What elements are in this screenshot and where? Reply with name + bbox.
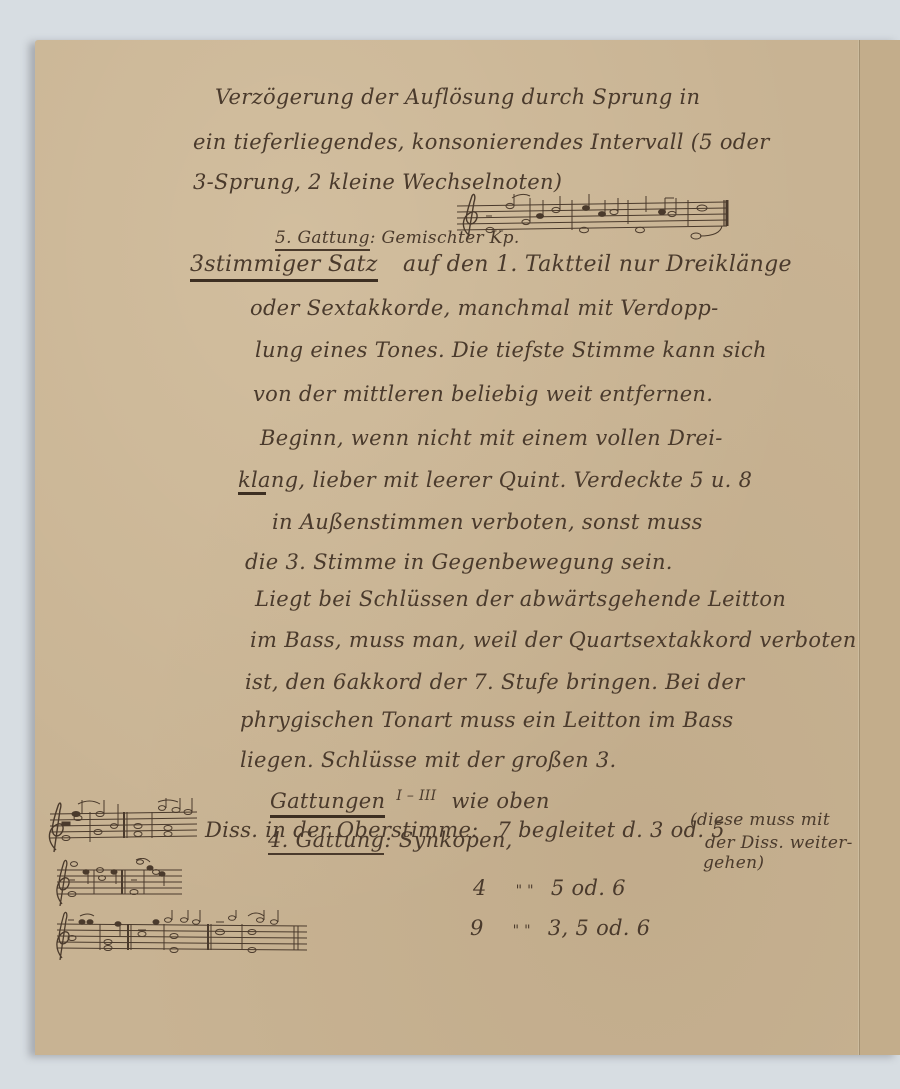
struck-out-word (238, 492, 266, 495)
row-9-number: 9 (470, 916, 484, 940)
music-example-9-3-5-6 (52, 910, 312, 960)
text-line: in Außenstimmen verboten, sonst muss (272, 510, 703, 534)
text-line: Beginn, wenn nicht mit einem vollen Drei… (260, 426, 723, 450)
music-example-4-5-6 (52, 858, 192, 906)
row-4-number: 4 (473, 876, 487, 900)
section-heading-line: 3stimmiger Satz auf den 1. Taktteil nur … (190, 252, 792, 277)
gattung-5-text: : Gemischter Kp. (370, 228, 520, 248)
text-line: die 3. Stimme in Gegenbewegung sein. (245, 550, 673, 574)
row-7-note: der Diss. weiter- (705, 833, 853, 853)
gattung-5-label: 5. Gattung: Gemischter Kp. (275, 228, 520, 248)
text-line: oder Sextakkorde, manchmal mit Verdopp- (250, 296, 718, 320)
gattungen-line: Gattungen I – III wie oben (270, 788, 550, 813)
row-7-note: gehen) (703, 853, 764, 873)
text-line: lung eines Tones. Die tiefste Stimme kan… (255, 338, 767, 362)
dissonance-label: Diss. in der Oberstimme: (205, 818, 479, 842)
text-line: Liegt bei Schlüssen der abwärtsgehende L… (255, 587, 786, 611)
text-line: von der mittleren beliebig weit entferne… (253, 382, 713, 406)
row-4-value: 5 od. 6 (551, 876, 626, 900)
gattungen-heading: Gattungen (270, 789, 385, 818)
row-4-ditto: " " (516, 883, 534, 899)
text-line: auf den 1. Taktteil nur Dreiklänge (403, 252, 792, 277)
gattungen-range: I – III (396, 788, 436, 804)
text-line: im Bass, muss man, weil der Quartsextakk… (250, 628, 857, 652)
gattung-5-heading: 5. Gattung (275, 228, 370, 251)
gattungen-text: wie oben (451, 789, 549, 813)
text-line: Verzögerung der Auflösung durch Sprung i… (215, 85, 700, 109)
row-4: 4 " " 5 od. 6 (473, 876, 626, 900)
section-heading: 3stimmiger Satz (190, 252, 378, 282)
row-9-ditto: " " (513, 923, 531, 939)
dissonance-line: Diss. in der Oberstimme: 7 begleitet d. … (205, 818, 725, 842)
adjacent-page-edge (860, 40, 900, 1055)
text-line: ist, den 6akkord der 7. Stufe bringen. B… (245, 670, 744, 694)
row-9: 9 " " 3, 5 od. 6 (470, 916, 650, 940)
text-line: ein tieferliegendes, konsonierendes Inte… (193, 130, 770, 154)
text-line: klang, lieber mit leerer Quint. Verdeckt… (238, 468, 752, 492)
text-line: phrygischen Tonart muss ein Leitton im B… (240, 708, 733, 732)
music-example-7-3-5 (42, 798, 202, 853)
text-line: 3-Sprung, 2 kleine Wechselnoten) (193, 170, 562, 194)
row-9-value: 3, 5 od. 6 (548, 916, 651, 940)
text-line: liegen. Schlüsse mit der großen 3. (240, 748, 617, 772)
row-7-note: (diese muss mit (690, 810, 830, 830)
